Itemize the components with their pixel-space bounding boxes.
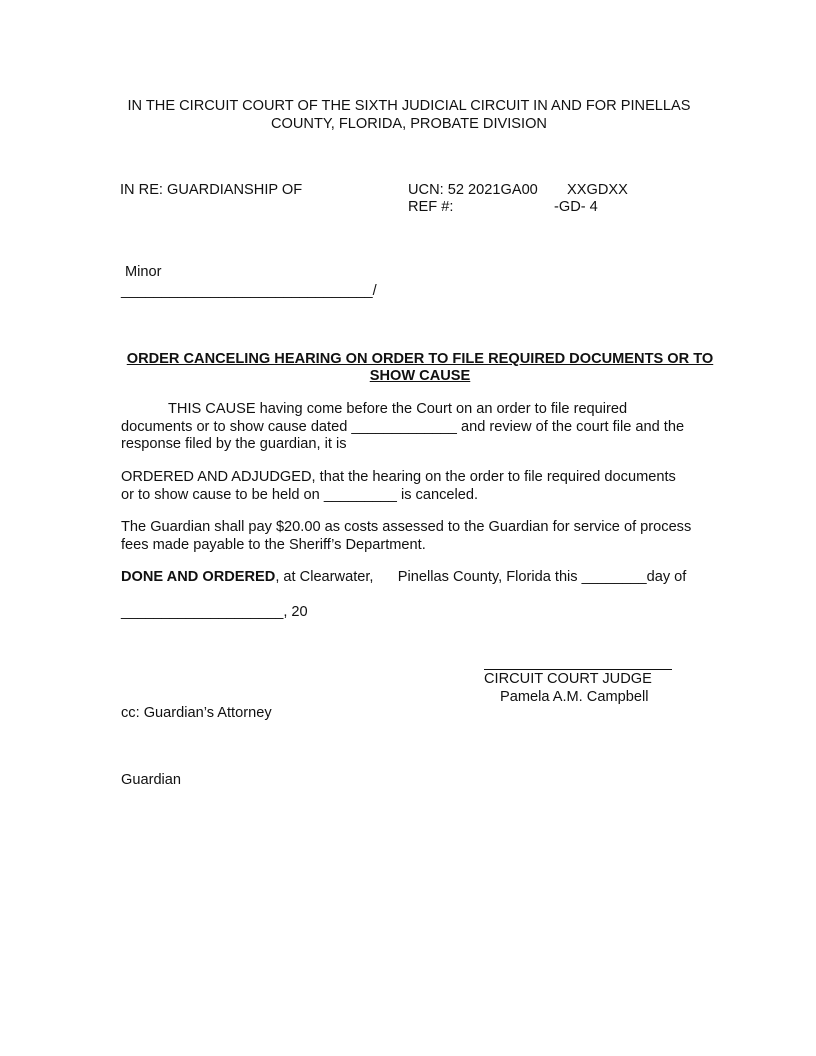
p1-line2-end: and review of the court file and the	[457, 419, 684, 435]
day-blank: ________	[582, 569, 647, 585]
p1-line2-start: documents or to show cause dated	[121, 419, 351, 435]
in-re-caption: IN RE: GUARDIANSHIP OF	[120, 182, 302, 198]
court-header-line2: COUNTY, FLORIDA, PROBATE DIVISION	[100, 115, 718, 133]
ref-value: -GD- 4	[554, 199, 598, 215]
cc-guardian: Guardian	[121, 772, 181, 788]
paragraph-ordered: ORDERED AND ADJUDGED, that the hearing o…	[121, 469, 721, 504]
paragraph-cause: THIS CAUSE having come before the Court …	[121, 401, 721, 454]
year-text: , 20	[283, 604, 307, 620]
court-header: IN THE CIRCUIT COURT OF THE SIXTH JUDICI…	[100, 97, 718, 133]
court-header-line1: IN THE CIRCUIT COURT OF THE SIXTH JUDICI…	[100, 97, 718, 115]
day-of-text: day of	[647, 569, 687, 585]
p2-line1: ORDERED AND ADJUDGED, that the hearing o…	[121, 469, 721, 487]
order-title-line1: ORDER CANCELING HEARING ON ORDER TO FILE…	[100, 351, 740, 368]
order-title: ORDER CANCELING HEARING ON ORDER TO FILE…	[100, 351, 740, 385]
ref-label: REF #:	[408, 199, 453, 215]
order-title-line2: SHOW CAUSE	[100, 368, 740, 385]
p2-line2-end: is canceled.	[397, 487, 478, 503]
ucn-label: UCN: 52 2021GA00	[408, 182, 538, 198]
party-type: Minor	[125, 264, 162, 280]
judge-title: CIRCUIT COURT JUDGE	[484, 671, 652, 687]
month-blank: ____________________	[121, 604, 283, 620]
done-ordered-bold: DONE AND ORDERED	[121, 569, 275, 585]
p1-line1: THIS CAUSE having come before the Court …	[168, 401, 627, 417]
cc-attorney: cc: Guardian’s Attorney	[121, 705, 272, 721]
hearing-date-blank: _________	[324, 487, 397, 503]
ucn-suffix: XXGDXX	[567, 182, 628, 198]
party-name-line: _______________________________/	[121, 283, 377, 299]
order-date-blank: _____________	[351, 419, 457, 435]
p3-line2: fees made payable to the Sheriff’s Depar…	[121, 537, 721, 555]
done-ordered-location: , at Clearwater, Pinellas County, Florid…	[275, 569, 581, 585]
p3-line1: The Guardian shall pay $20.00 as costs a…	[121, 519, 721, 537]
judge-name: Pamela A.M. Campbell	[500, 689, 648, 705]
signature-line	[484, 669, 672, 670]
paragraph-done-ordered: DONE AND ORDERED, at Clearwater, Pinella…	[121, 569, 721, 587]
paragraph-costs: The Guardian shall pay $20.00 as costs a…	[121, 519, 721, 554]
p2-line2-start: or to show cause to be held on	[121, 487, 324, 503]
p1-line3: response filed by the guardian, it is	[121, 436, 721, 454]
paragraph-date: ____________________, 20	[121, 604, 721, 622]
